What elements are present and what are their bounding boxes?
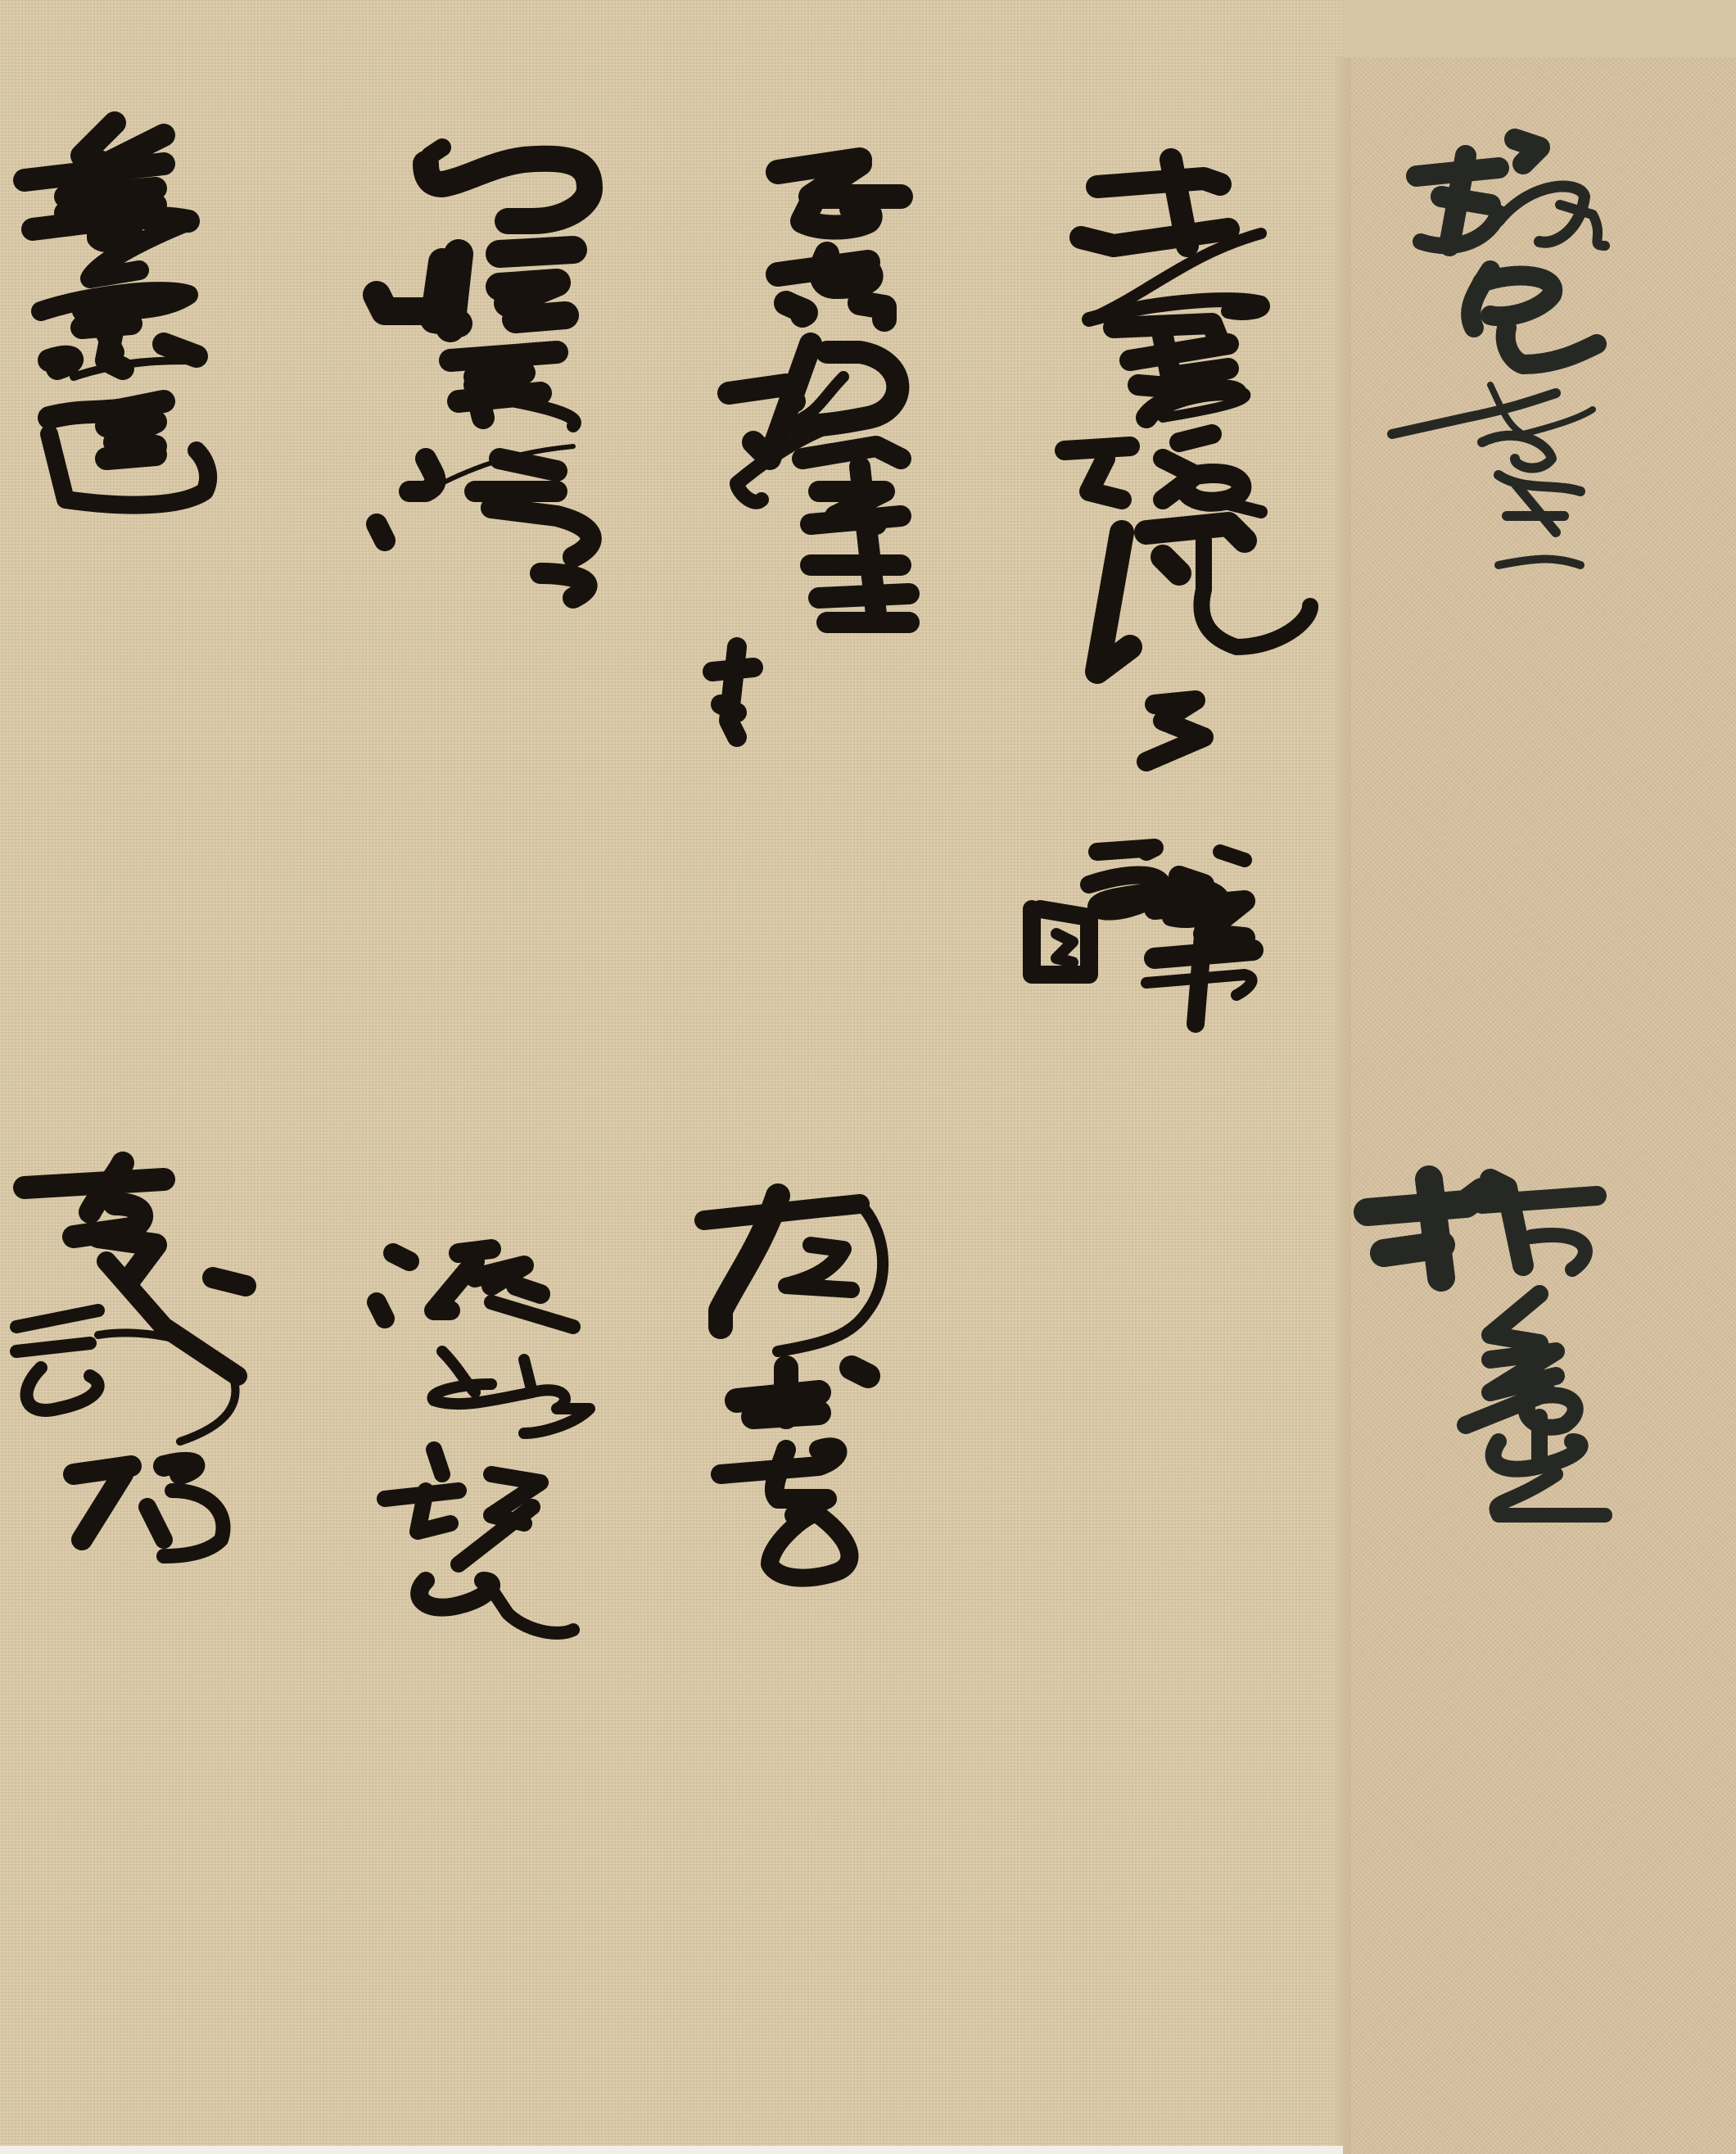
char-2-2	[1114, 324, 1245, 418]
char-3-4	[802, 446, 909, 622]
column-4	[377, 147, 591, 1633]
char-4-2	[377, 250, 573, 328]
char-5-4	[49, 401, 208, 505]
char-4-7	[385, 1450, 540, 1564]
char-3-6	[704, 1196, 883, 1351]
char-1-2	[1471, 270, 1597, 364]
char-4-1	[426, 147, 590, 221]
char-3-3	[729, 344, 897, 502]
column-5-left	[16, 123, 246, 1556]
char-3-2	[778, 254, 884, 319]
char-2-1	[1081, 160, 1263, 319]
column-3	[704, 160, 909, 1578]
char-2-5	[1089, 700, 1245, 919]
char-1-4	[1368, 1179, 1597, 1278]
char-4-5	[377, 1249, 573, 1327]
char-1-1	[1417, 139, 1605, 246]
column-1-right-panel	[1368, 139, 1605, 1515]
char-5-7	[74, 1463, 224, 1556]
char-2-7	[1032, 909, 1089, 975]
char-3-1	[778, 160, 901, 228]
char-1-3	[1392, 385, 1593, 565]
char-4-3	[450, 352, 575, 426]
char-1-5	[1466, 1294, 1556, 1425]
char-2-6	[1146, 876, 1253, 1024]
char-4-6	[432, 1351, 590, 1433]
char-3-8	[721, 1447, 849, 1577]
calligraphy-ink-layer	[0, 0, 1736, 2154]
char-3-7	[737, 1368, 868, 1417]
char-2-3	[1065, 434, 1261, 512]
column-2	[1032, 160, 1310, 1024]
char-4-4	[377, 446, 591, 598]
char-3-5	[712, 647, 753, 737]
char-2-4	[1097, 524, 1310, 672]
char-4-8	[419, 1581, 573, 1633]
